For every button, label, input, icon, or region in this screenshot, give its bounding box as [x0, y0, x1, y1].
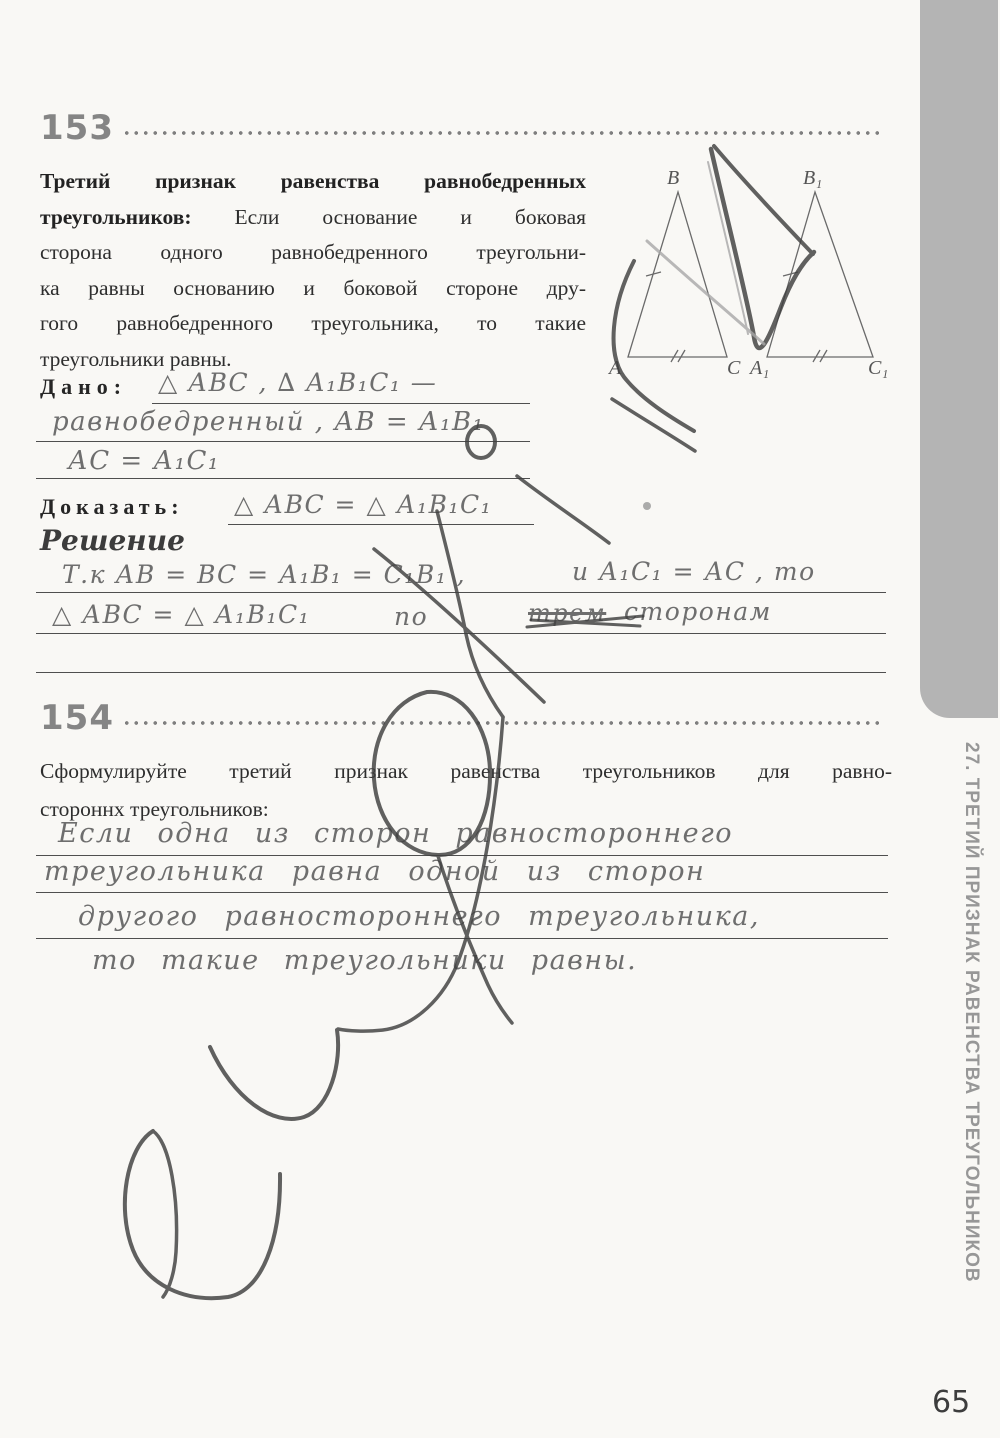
answer-handwriting-2: треугольника равна одной из сторон [44, 856, 705, 887]
exercise-154-prompt: Сформулируйте третий признак равенства т… [40, 752, 892, 828]
diagram-label-C: C [727, 357, 741, 379]
dano-handwriting-1: △ АВС , ∆ А₁В₁С₁ — [158, 368, 437, 397]
statement-line-3: сторона одного равнобедренного треугольн… [40, 235, 586, 271]
answer-line [36, 478, 530, 479]
answer-line [36, 592, 886, 593]
dokazat-handwriting: △ АВС = △ А₁В₁С₁ [234, 490, 492, 519]
answer-line [36, 672, 886, 673]
statement-line-5: гого равнобедренного треугольника, то та… [40, 306, 586, 342]
pencil-scribble [437, 511, 503, 717]
solution-handwriting-1a: Т.к АВ = ВС = А₁В₁ = С₁В₁ , [62, 560, 466, 589]
dotted-leader-154 [122, 719, 882, 727]
exercise-154-number: 154 [40, 698, 114, 738]
solution-handwriting-2d: сторонам [624, 597, 772, 626]
diagram-label-A1: A₁ [748, 357, 769, 379]
answer-line [228, 524, 534, 525]
theorem-statement: Третий признак равенства равнобедренных … [40, 164, 586, 377]
sidebar-gray-block [920, 0, 998, 718]
solution-handwriting-2a: △ АВС = △ А₁В₁С₁ [52, 600, 310, 629]
answer-handwriting-1: Если одна из сторон равностороннего [58, 818, 733, 849]
diagram-label-C1: C₁ [868, 357, 888, 379]
diagram-label-B: B [667, 167, 679, 189]
dano-label: Дано: [40, 374, 127, 400]
statement-line-2-bold: треугольников: [40, 205, 192, 229]
pencil-dot [643, 502, 651, 510]
pencil-scribble [125, 1131, 280, 1298]
workbook-page: 153 Третий признак равенства равнобедрен… [0, 0, 1000, 1438]
pencil-scribble [210, 1030, 338, 1119]
dotted-leader-153 [122, 129, 882, 137]
exercise-153-number: 153 [40, 108, 114, 148]
dano-handwriting-3: АС = А₁С₁ [68, 446, 220, 476]
diagram-label-A: A [607, 357, 622, 379]
answer-line [36, 441, 530, 442]
prompt-line-1: Сформулируйте третий признак равенства т… [40, 752, 892, 790]
statement-line-2-rest: Если основание и боковая [192, 205, 586, 229]
isosceles-triangles-diagram: B B₁ A C A₁ C₁ [595, 158, 895, 380]
answer-handwriting-3: другого равностороннего треугольника, [78, 901, 760, 932]
sidebar-section-title: 27. ТРЕТИЙ ПРИЗНАК РАВЕНСТВА ТРЕУГОЛЬНИК… [922, 742, 982, 1382]
pencil-scribble [517, 476, 609, 543]
answer-line [152, 403, 530, 404]
page-number: 65 [932, 1385, 970, 1420]
dokazat-label: Доказать: [40, 494, 184, 520]
solution-handwriting-2c-crossed: трем [528, 599, 606, 627]
dano-handwriting-2: равнобедренный , АВ = А₁В₁ [52, 407, 485, 437]
solution-handwriting-2b: по [394, 602, 428, 631]
statement-line-1: Третий признак равенства равнобедренных [40, 169, 586, 193]
statement-line-4: ка равны основанию и боковой стороне дру… [40, 271, 586, 307]
answer-handwriting-4: то такие треугольники равны. [92, 945, 637, 976]
solution-handwriting-1b: и А₁С₁ = АС , то [572, 557, 816, 586]
reshenie-label: Решение [40, 524, 185, 557]
answer-line [36, 892, 888, 893]
pencil-scribble [612, 399, 695, 451]
answer-line [36, 633, 886, 634]
diagram-label-B1: B₁ [803, 167, 822, 189]
answer-line [36, 938, 888, 939]
pencil-scribble [153, 1131, 177, 1297]
